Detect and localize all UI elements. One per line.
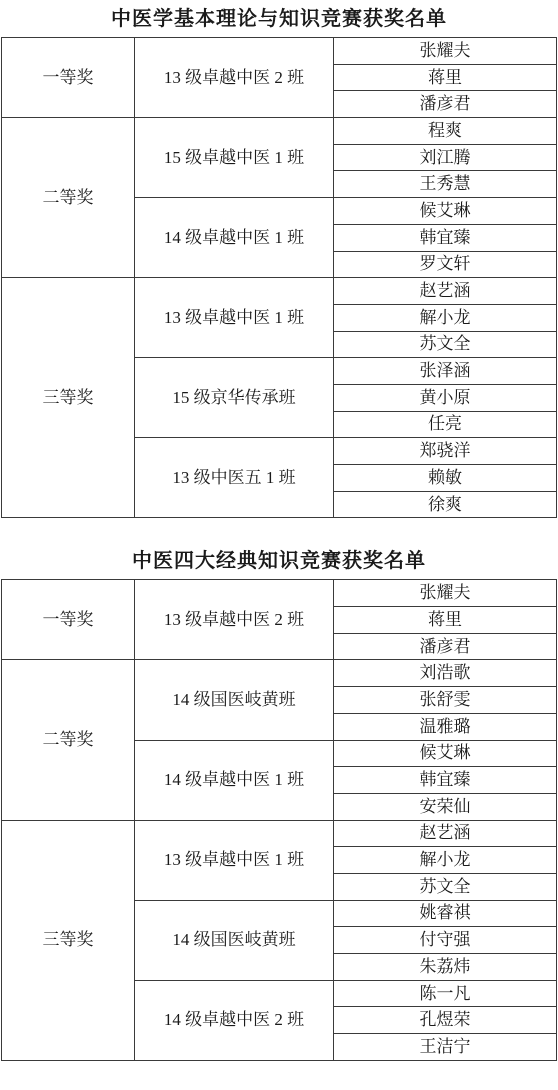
winner-cell: 赖敏 <box>334 465 557 492</box>
winner-cell: 王秀慧 <box>334 171 557 198</box>
class-cell: 13 级卓越中医 2 班 <box>135 580 334 660</box>
award-cell: 一等奖 <box>2 580 135 660</box>
winner-cell: 王洁宁 <box>334 1034 557 1061</box>
winner-cell: 潘彦君 <box>334 633 557 660</box>
winner-cell: 解小龙 <box>334 847 557 874</box>
winner-cell: 温雅璐 <box>334 713 557 740</box>
award-table-four-classics: 一等奖13 级卓越中医 2 班张耀夫蒋里潘彦君二等奖14 级国医岐黄班刘浩歌张舒… <box>1 579 557 1060</box>
winner-cell: 安荣仙 <box>334 793 557 820</box>
winner-cell: 解小龙 <box>334 304 557 331</box>
winner-cell: 刘浩歌 <box>334 660 557 687</box>
winner-cell: 罗文轩 <box>334 251 557 278</box>
class-cell: 15 级卓越中医 1 班 <box>135 118 334 198</box>
class-cell: 13 级卓越中医 1 班 <box>135 278 334 358</box>
winner-cell: 蒋里 <box>334 607 557 634</box>
table-title-basic-theory: 中医学基本理论与知识竞赛获奖名单 <box>0 6 558 32</box>
winner-cell: 韩宜臻 <box>334 767 557 794</box>
winner-cell: 张舒雯 <box>334 687 557 714</box>
class-cell: 13 级卓越中医 1 班 <box>135 820 334 900</box>
winner-cell: 苏文全 <box>334 873 557 900</box>
award-cell: 三等奖 <box>2 278 135 518</box>
table-row: 三等奖13 级卓越中医 1 班赵艺涵 <box>2 278 557 305</box>
table-title-four-classics: 中医四大经典知识竞赛获奖名单 <box>0 548 558 574</box>
winner-cell: 张泽涵 <box>334 358 557 385</box>
winner-cell: 赵艺涵 <box>334 278 557 305</box>
winner-cell: 黄小原 <box>334 384 557 411</box>
award-section-basic-theory: 中医学基本理论与知识竞赛获奖名单 一等奖13 级卓越中医 2 班张耀夫蒋里潘彦君… <box>0 6 558 518</box>
winner-cell: 朱荔炜 <box>334 954 557 981</box>
winner-cell: 郑骁洋 <box>334 438 557 465</box>
winner-cell: 孔煜荣 <box>334 1007 557 1034</box>
class-cell: 14 级国医岐黄班 <box>135 660 334 740</box>
winner-cell: 张耀夫 <box>334 580 557 607</box>
winner-cell: 苏文全 <box>334 331 557 358</box>
winner-cell: 程爽 <box>334 118 557 145</box>
award-cell: 二等奖 <box>2 118 135 278</box>
winner-cell: 蒋里 <box>334 64 557 91</box>
class-cell: 13 级卓越中医 2 班 <box>135 38 334 118</box>
winner-cell: 陈一凡 <box>334 980 557 1007</box>
class-cell: 14 级卓越中医 1 班 <box>135 198 334 278</box>
table-row: 一等奖13 级卓越中医 2 班张耀夫 <box>2 580 557 607</box>
table-row: 一等奖13 级卓越中医 2 班张耀夫 <box>2 38 557 65</box>
award-cell: 三等奖 <box>2 820 135 1060</box>
winner-cell: 张耀夫 <box>334 38 557 65</box>
award-section-four-classics: 中医四大经典知识竞赛获奖名单 一等奖13 级卓越中医 2 班张耀夫蒋里潘彦君二等… <box>0 548 558 1060</box>
winner-cell: 候艾琳 <box>334 198 557 225</box>
winner-cell: 姚睿祺 <box>334 900 557 927</box>
class-cell: 15 级京华传承班 <box>135 358 334 438</box>
document-page: 中医学基本理论与知识竞赛获奖名单 一等奖13 级卓越中医 2 班张耀夫蒋里潘彦君… <box>0 0 558 1061</box>
award-cell: 一等奖 <box>2 38 135 118</box>
winner-cell: 韩宜臻 <box>334 224 557 251</box>
winner-cell: 赵艺涵 <box>334 820 557 847</box>
winner-cell: 刘江腾 <box>334 144 557 171</box>
award-table-basic-theory: 一等奖13 级卓越中医 2 班张耀夫蒋里潘彦君二等奖15 级卓越中医 1 班程爽… <box>1 37 557 518</box>
winner-cell: 候艾琳 <box>334 740 557 767</box>
class-cell: 14 级卓越中医 1 班 <box>135 740 334 820</box>
class-cell: 13 级中医五 1 班 <box>135 438 334 518</box>
winner-cell: 任亮 <box>334 411 557 438</box>
class-cell: 14 级国医岐黄班 <box>135 900 334 980</box>
winner-cell: 潘彦君 <box>334 91 557 118</box>
class-cell: 14 级卓越中医 2 班 <box>135 980 334 1060</box>
winner-cell: 徐爽 <box>334 491 557 518</box>
winner-cell: 付守强 <box>334 927 557 954</box>
table-row: 二等奖14 级国医岐黄班刘浩歌 <box>2 660 557 687</box>
table-row: 三等奖13 级卓越中医 1 班赵艺涵 <box>2 820 557 847</box>
award-cell: 二等奖 <box>2 660 135 820</box>
table-row: 二等奖15 级卓越中医 1 班程爽 <box>2 118 557 145</box>
